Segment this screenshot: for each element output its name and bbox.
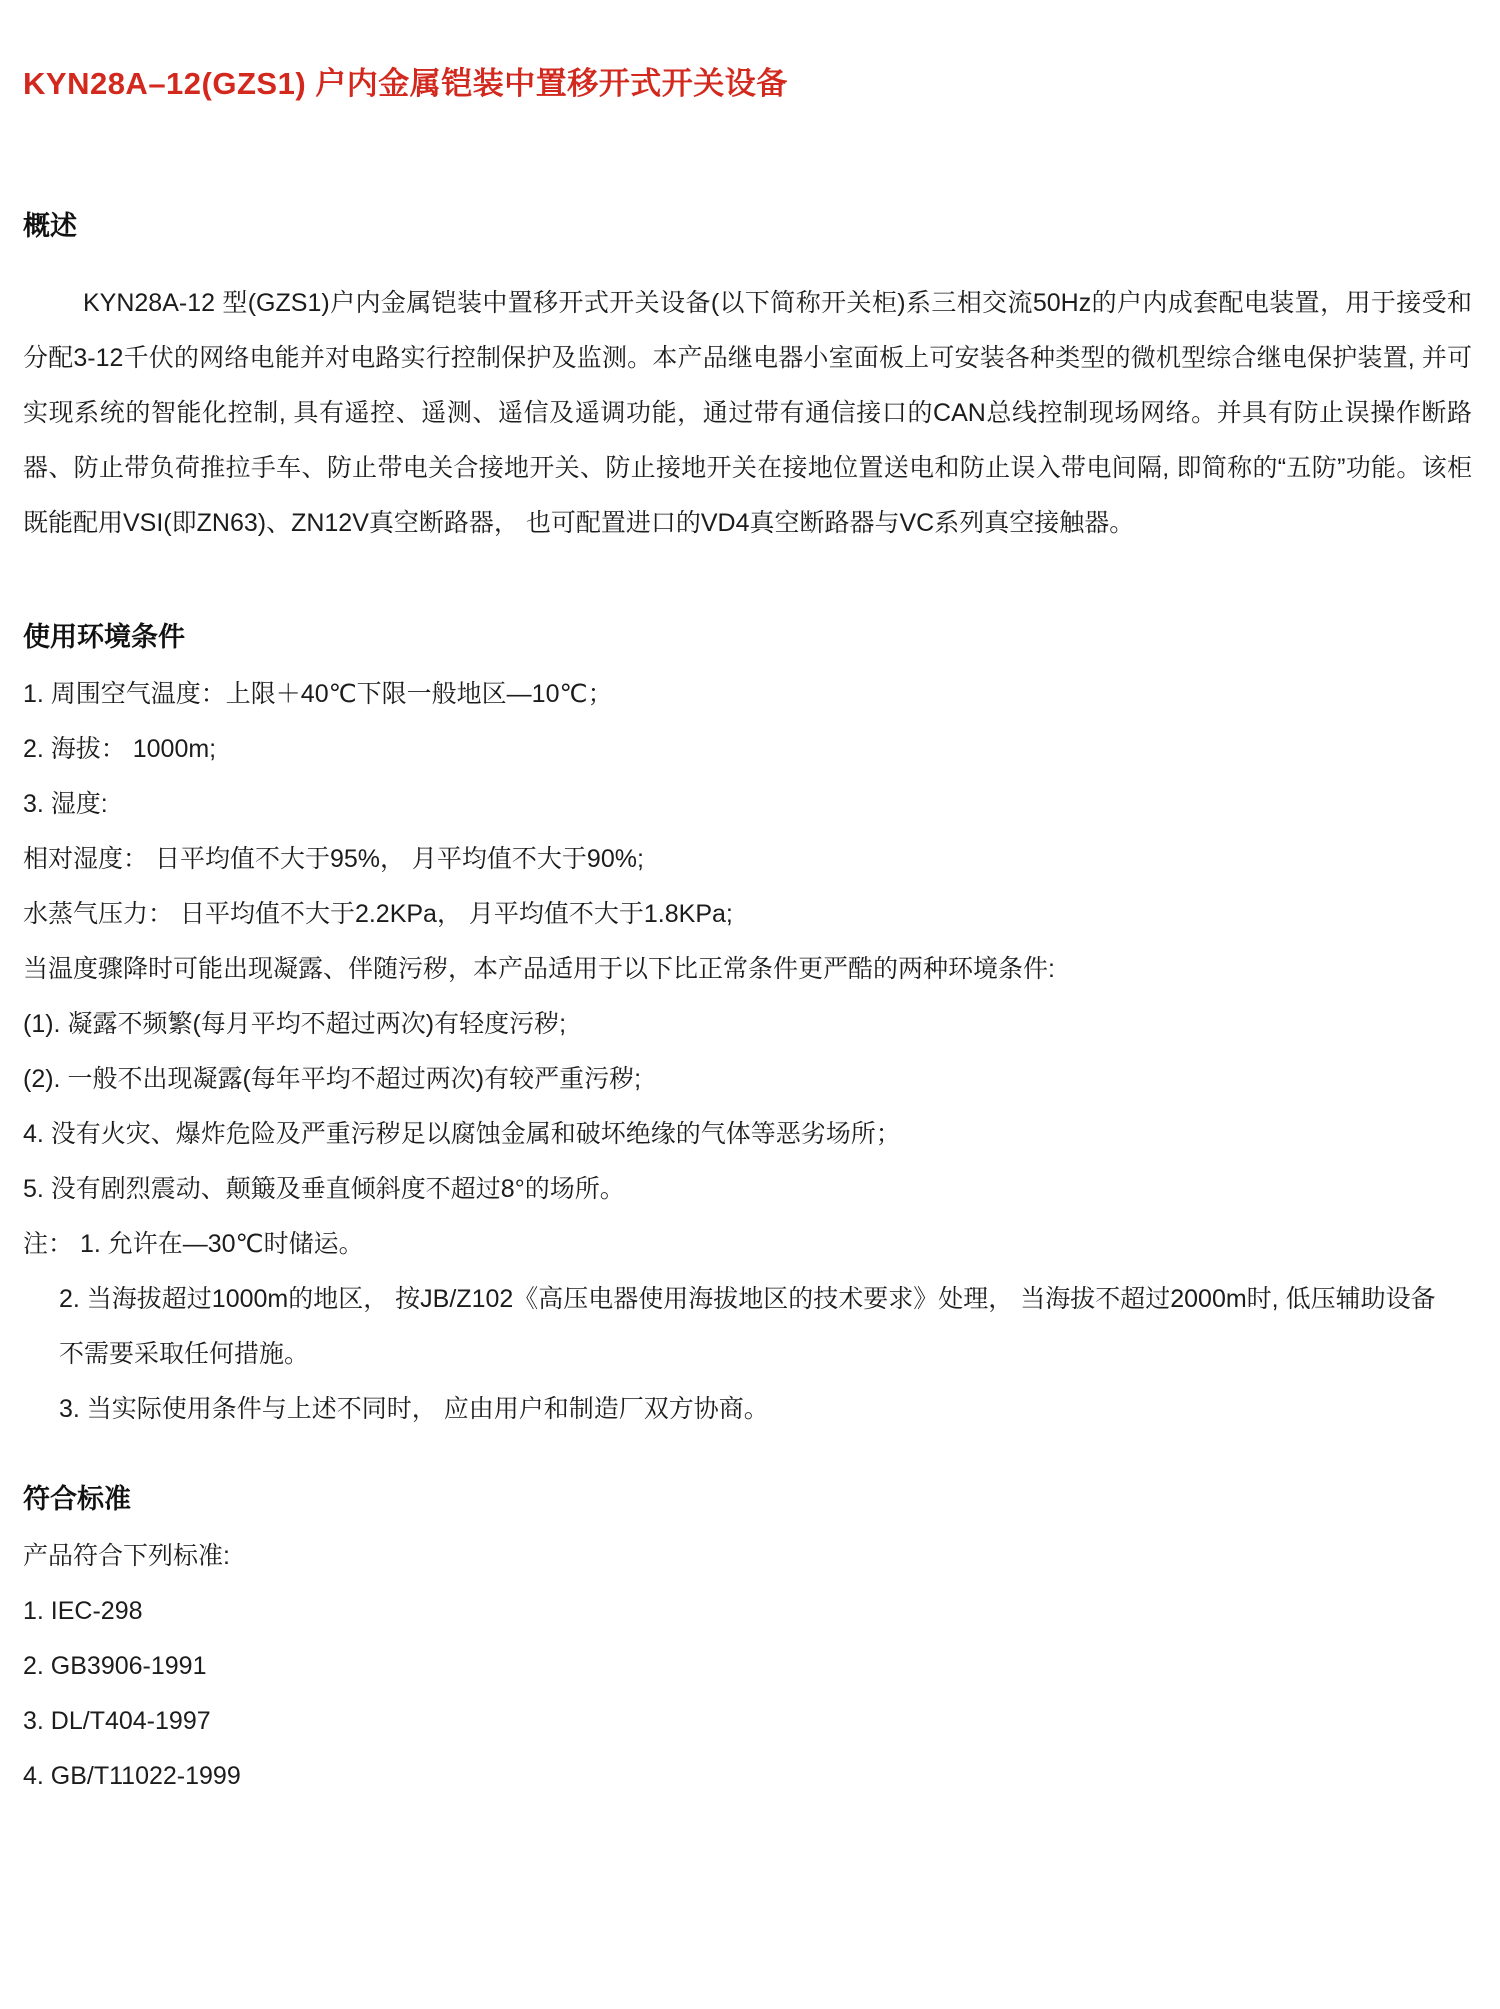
standards-intro: 产品符合下列标准: <box>23 1529 1472 1584</box>
env-note-3: 3. 当实际使用条件与上述不同时， 应由用户和制造厂双方协商。 <box>23 1382 1472 1437</box>
section-heading-environment: 使用环境条件 <box>23 551 1472 653</box>
env-item-condensation-note: 当温度骤降时可能出现凝露、伴随污秽，本产品适用于以下比正常条件更严酷的两种环境条… <box>23 942 1472 997</box>
document-page: KYN28A–12(GZS1) 户内金属铠装中置移开式开关设备 概述 KYN28… <box>0 0 1500 1804</box>
section-heading-standards: 符合标准 <box>23 1437 1472 1515</box>
env-note-2: 2. 当海拔超过1000m的地区， 按JB/Z102《高压电器使用海拔地区的技术… <box>23 1272 1472 1327</box>
env-item-humidity: 3. 湿度: <box>23 777 1472 832</box>
env-note-1: 注： 1. 允许在—30℃时储运。 <box>23 1217 1472 1272</box>
env-item-relative-humidity: 相对湿度： 日平均值不大于95%， 月平均值不大于90%; <box>23 832 1472 887</box>
standards-list: 产品符合下列标准: 1. IEC-298 2. GB3906-1991 3. D… <box>23 1515 1472 1804</box>
environment-conditions-list: 1. 周围空气温度：上限＋40℃下限一般地区—10℃； 2. 海拔： 1000m… <box>23 653 1472 1437</box>
section-heading-overview: 概述 <box>23 102 1472 242</box>
env-item-altitude: 2. 海拔： 1000m; <box>23 722 1472 777</box>
standard-item-iec298: 1. IEC-298 <box>23 1584 1472 1639</box>
standard-item-gbt11022: 4. GB/T11022-1999 <box>23 1749 1472 1804</box>
env-note-2-continued: 不需要采取任何措施。 <box>23 1327 1472 1382</box>
overview-paragraph: KYN28A-12 型(GZS1)户内金属铠装中置移开式开关设备(以下简称开关柜… <box>23 242 1472 551</box>
env-item-vapor-pressure: 水蒸气压力： 日平均值不大于2.2KPa， 月平均值不大于1.8KPa; <box>23 887 1472 942</box>
standard-item-dlt404: 3. DL/T404-1997 <box>23 1694 1472 1749</box>
standard-item-gb3906: 2. GB3906-1991 <box>23 1639 1472 1694</box>
env-item-condition-2: (2). 一般不出现凝露(每年平均不超过两次)有较严重污秽; <box>23 1052 1472 1107</box>
page-title: KYN28A–12(GZS1) 户内金属铠装中置移开式开关设备 <box>23 0 1472 102</box>
env-item-temperature: 1. 周围空气温度：上限＋40℃下限一般地区—10℃； <box>23 667 1472 722</box>
env-item-vibration: 5. 没有剧烈震动、颠簸及垂直倾斜度不超过8°的场所。 <box>23 1162 1472 1217</box>
env-item-condition-1: (1). 凝露不频繁(每月平均不超过两次)有轻度污秽; <box>23 997 1472 1052</box>
env-item-hazard: 4. 没有火灾、爆炸危险及严重污秽足以腐蚀金属和破坏绝缘的气体等恶劣场所； <box>23 1107 1472 1162</box>
